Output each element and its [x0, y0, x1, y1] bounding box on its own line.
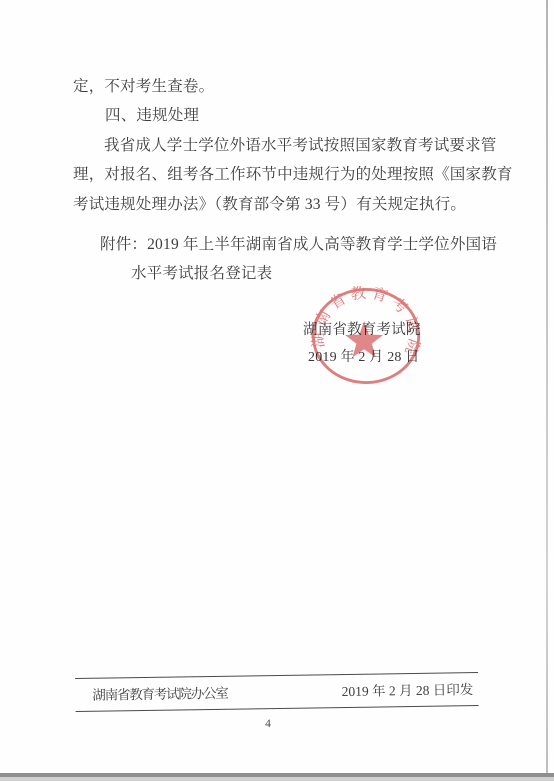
page-number: 4 — [258, 718, 278, 730]
footer-print-date: 2019 年 2 月 28 日印发 — [342, 678, 474, 700]
signature-organization: 湖南省教育考试院 — [303, 322, 421, 339]
attachment-line-1: 附件：2019 年上半年湖南省成人高等教育学士学位外国语 — [100, 236, 497, 255]
signature-date: 2019 年 2 月 28 日 — [308, 350, 420, 367]
body-line-1: 定，不对考生查卷。 — [73, 78, 214, 97]
body-line-4: 理，对报名、组考各工作环节中违规行为的处理按照《国家教育 — [73, 166, 513, 185]
scan-edge-right — [546, 0, 548, 775]
scan-edge-bottom-shadow — [0, 777, 554, 781]
attachment-line-2: 水平考试报名登记表 — [131, 265, 272, 284]
body-line-5: 考试违规处理办法》（教育部令第 33 号）有关规定执行。 — [73, 196, 466, 215]
footer-issuing-office: 湖南省教育考试院办公室 — [92, 682, 228, 704]
body-line-3: 我省成人学士学位外语水平考试按照国家教育考试要求管 — [104, 137, 497, 156]
scanned-document-page: 定，不对考生查卷。 四、违规处理 我省成人学士学位外语水平考试按照国家教育考试要… — [0, 0, 554, 781]
footer-rule-bottom — [76, 705, 479, 712]
document-footer: 湖南省教育考试院办公室 2019 年 2 月 28 日印发 — [75, 665, 479, 717]
body-heading-violation: 四、违规处理 — [105, 107, 199, 126]
